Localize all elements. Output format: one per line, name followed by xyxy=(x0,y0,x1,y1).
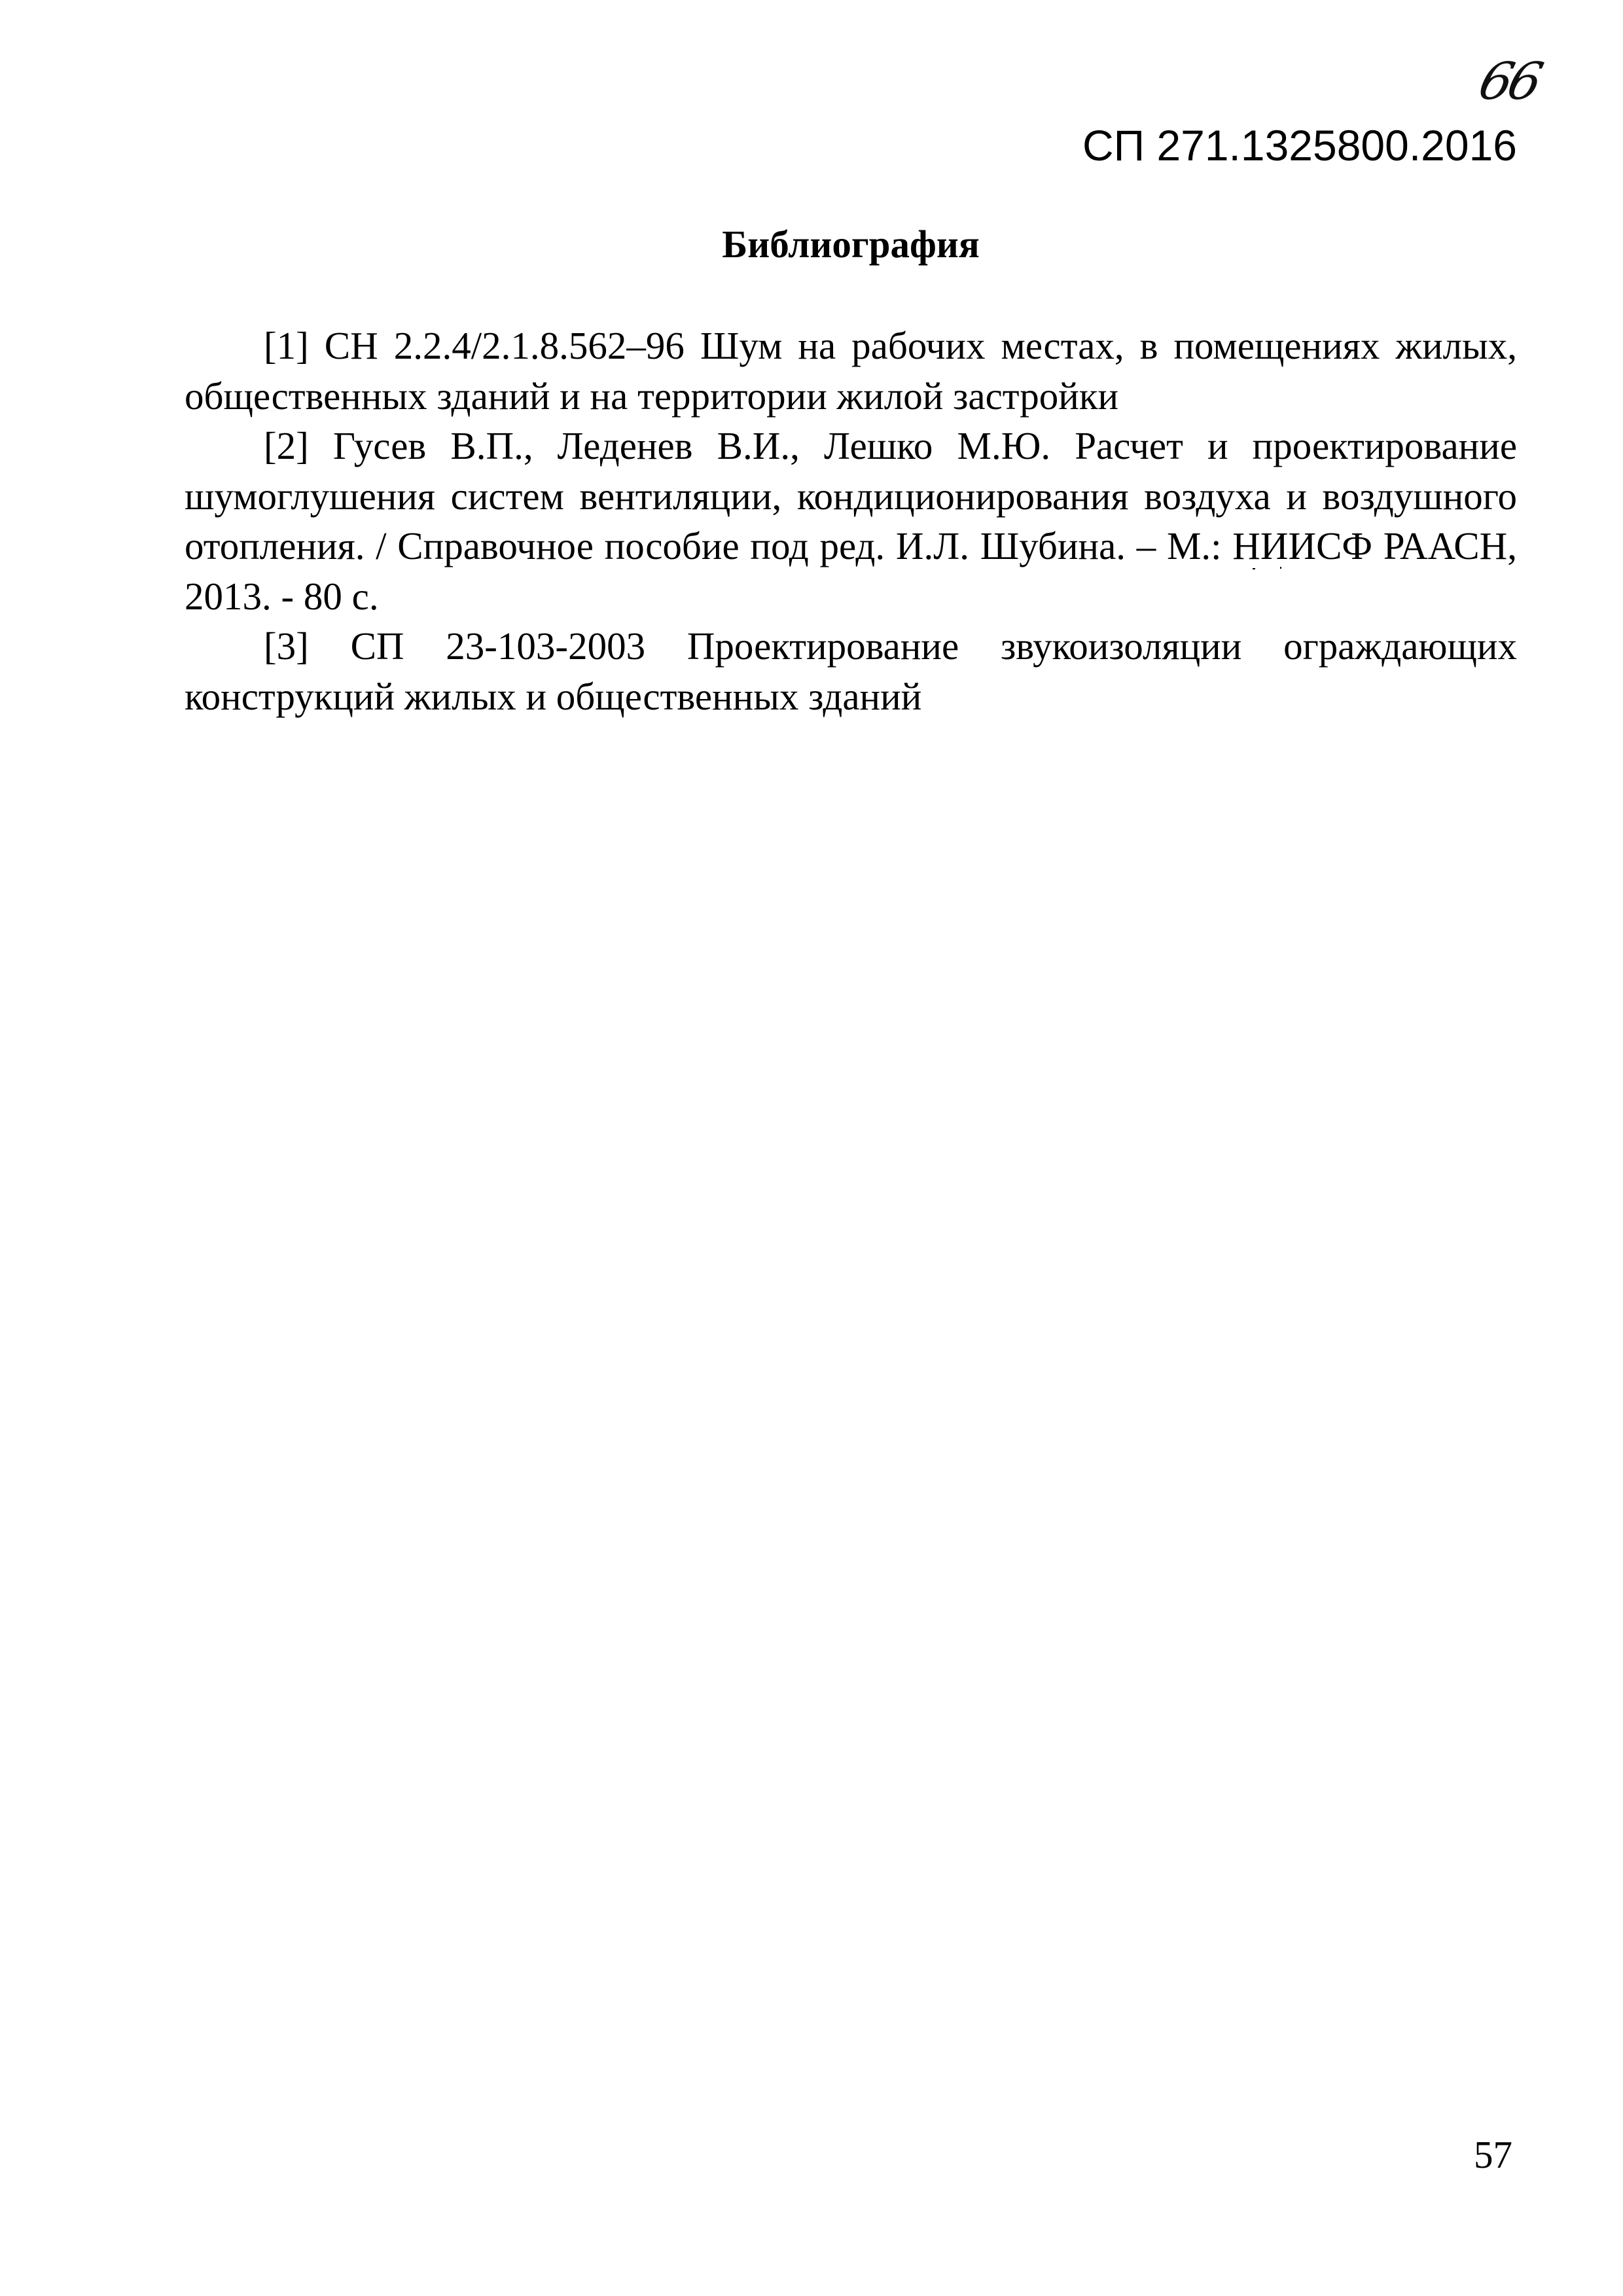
bibliography-entry: [3] СП 23-103-2003 Проектирование звукои… xyxy=(185,621,1517,721)
entry-text: СП 23-103-2003 Проектирование звукоизоля… xyxy=(185,624,1517,718)
section-title: Библиография xyxy=(183,219,1518,269)
bibliography-entry: [1] СН 2.2.4/2.1.8.562–96 Шум на рабочих… xyxy=(185,321,1517,421)
entry-number: [2] xyxy=(264,424,309,467)
entry-text: Гусев В.П., Леденев В.И., Лешко М.Ю. Рас… xyxy=(185,424,1517,618)
scan-speck xyxy=(1253,568,1255,569)
entry-number: [1] xyxy=(264,324,309,367)
scan-speck xyxy=(1280,567,1281,569)
entry-text: СН 2.2.4/2.1.8.562–96 Шум на рабочих мес… xyxy=(185,324,1517,418)
document-code-header: СП 271.1325800.2016 xyxy=(1082,120,1517,170)
handwritten-sheet-number: 66 xyxy=(1473,52,1546,111)
bibliography-list: [1] СН 2.2.4/2.1.8.562–96 Шум на рабочих… xyxy=(185,321,1517,721)
page-number: 57 xyxy=(1474,2135,1512,2174)
bibliography-entry: [2] Гусев В.П., Леденев В.И., Лешко М.Ю.… xyxy=(185,421,1517,621)
entry-number: [3] xyxy=(264,624,309,668)
